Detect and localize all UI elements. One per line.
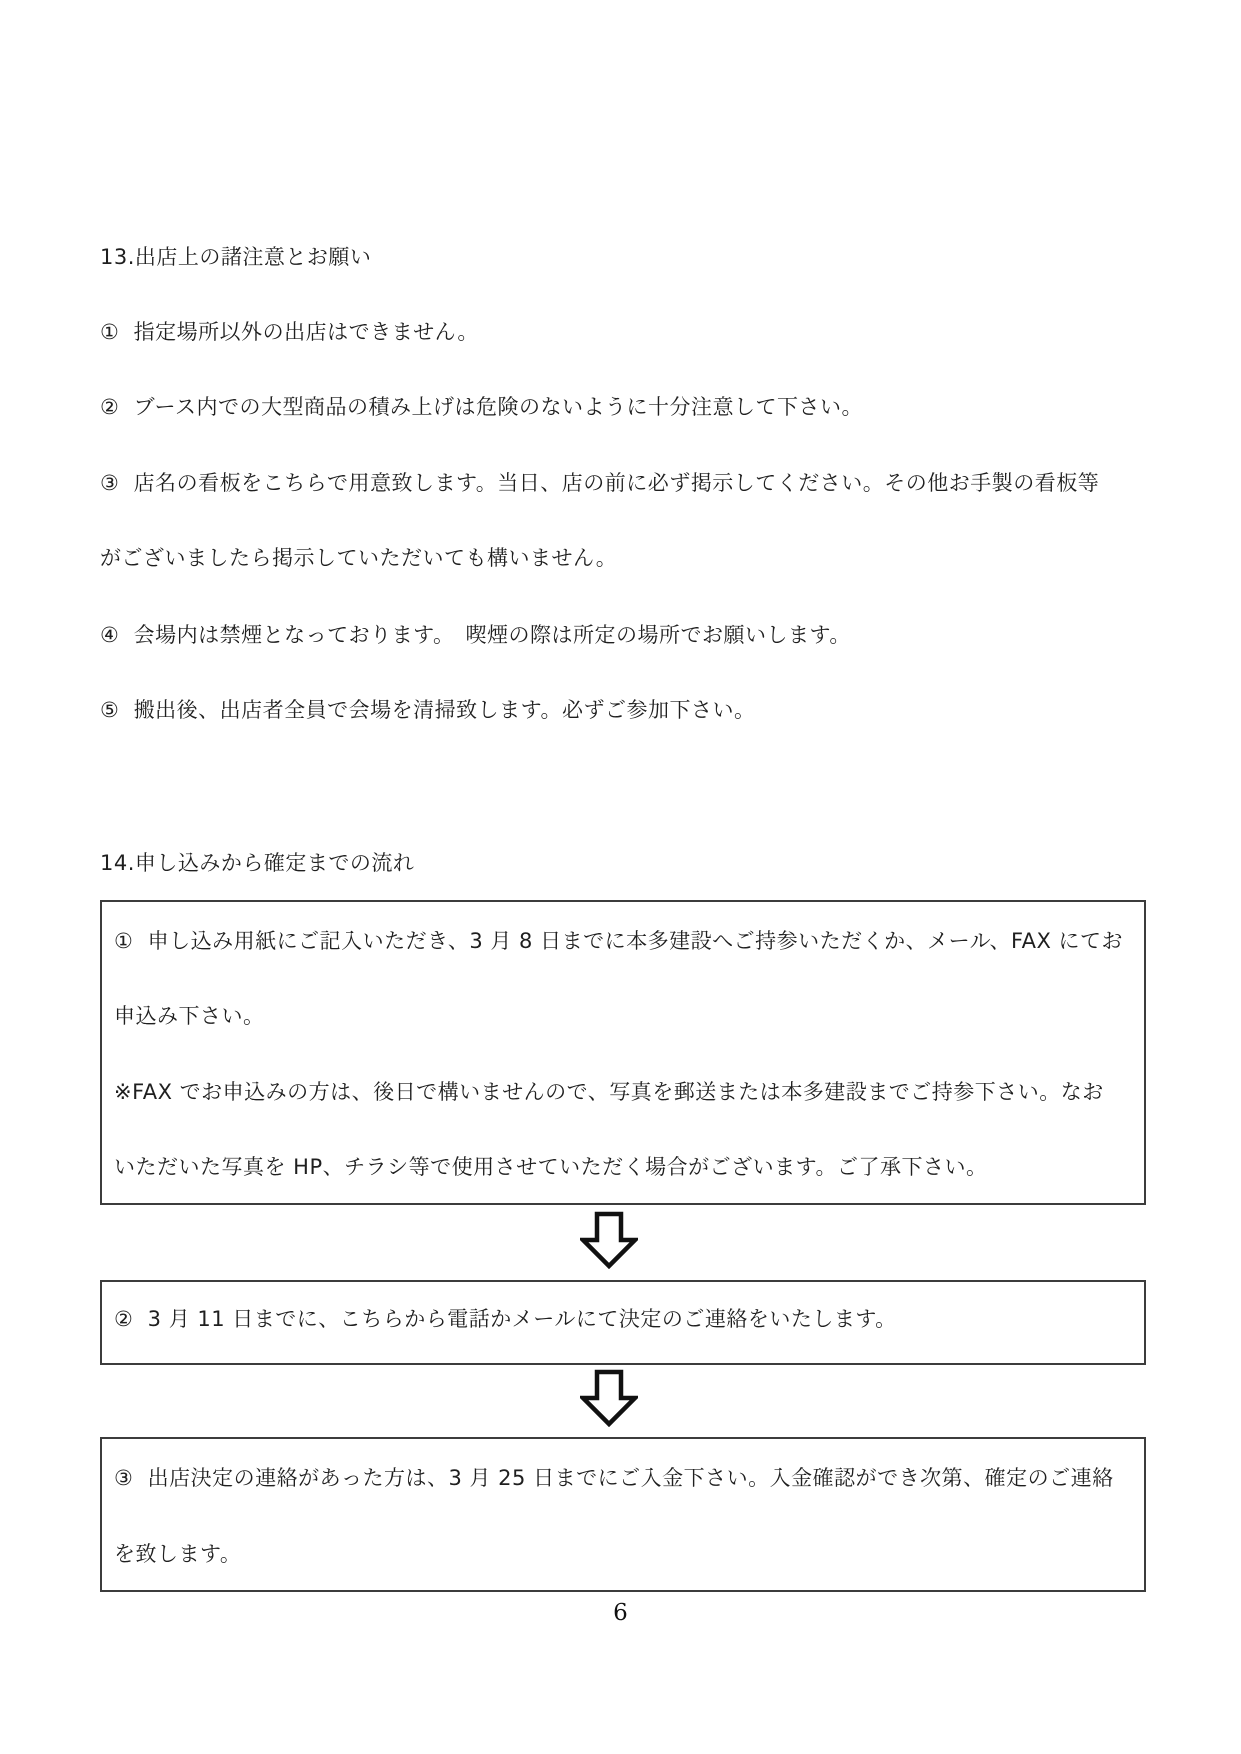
- section-13-item-3: ③ 店名の看板をこちらで用意致します。当日、店の前に必ず掲示してください。その他…: [100, 470, 1099, 496]
- section-13-item-3-continued: がございましたら掲示していただいても構いません。: [100, 545, 617, 571]
- section-13-heading: 13.出店上の諸注意とお願い: [100, 244, 371, 270]
- flow-step-3-line-1: ③ 出店決定の連絡があった方は、3 月 25 日までにご入金下さい。入金確認がで…: [114, 1465, 1114, 1491]
- section-13-item-4: ④ 会場内は禁煙となっております。 喫煙の際は所定の場所でお願いします。: [100, 622, 851, 648]
- flow-step-2-box: ② 3 月 11 日までに、こちらから電話かメールにて決定のご連絡をいたします。: [100, 1280, 1146, 1365]
- flow-step-1-line-4: いただいた写真を HP、チラシ等で使用させていただく場合がございます。ご了承下さ…: [114, 1154, 987, 1180]
- flow-step-1-line-1: ① 申し込み用紙にご記入いただき、3 月 8 日までに本多建設へご持参いただくか…: [114, 928, 1123, 954]
- down-block-arrow-icon: [580, 1369, 638, 1427]
- flow-step-3-box: ③ 出店決定の連絡があった方は、3 月 25 日までにご入金下さい。入金確認がで…: [100, 1437, 1146, 1592]
- section-13-item-5: ⑤ 搬出後、出店者全員で会場を清掃致します。必ずご参加下さい。: [100, 697, 756, 723]
- flow-step-2-line-1: ② 3 月 11 日までに、こちらから電話かメールにて決定のご連絡をいたします。: [114, 1306, 897, 1332]
- flow-step-3-line-2: を致します。: [114, 1541, 241, 1567]
- flow-step-1-line-2: 申込み下さい。: [114, 1003, 265, 1029]
- page-number: 6: [0, 1600, 1241, 1626]
- flow-step-1-box: ① 申し込み用紙にご記入いただき、3 月 8 日までに本多建設へご持参いただくか…: [100, 900, 1146, 1205]
- section-14-heading: 14.申し込みから確定までの流れ: [100, 850, 414, 876]
- down-block-arrow-icon: [580, 1211, 638, 1269]
- document-page: 13.出店上の諸注意とお願い ① 指定場所以外の出店はできません。 ② ブース内…: [0, 0, 1241, 1754]
- flow-step-1-line-3: ※FAX でお申込みの方は、後日で構いませんので、写真を郵送または本多建設までご…: [114, 1079, 1104, 1105]
- section-13-item-2: ② ブース内での大型商品の積み上げは危険のないように十分注意して下さい。: [100, 394, 863, 420]
- section-13-item-1: ① 指定場所以外の出店はできません。: [100, 319, 479, 345]
